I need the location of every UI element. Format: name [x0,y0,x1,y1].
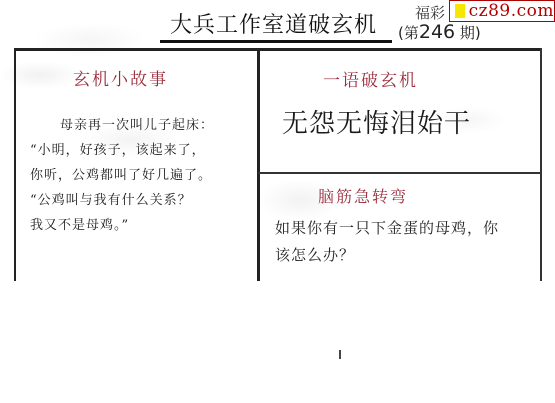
story-section-title: 玄机小故事 [73,65,168,90]
story-line: 我又不是母鸡。” [30,213,255,238]
frame-right-border [540,48,542,281]
frame-column-divider [257,48,260,281]
lottery-name: 福彩 [415,2,445,23]
story-line: “公鸡叫与我有什么关系？ [30,188,255,213]
stray-mark [339,350,341,359]
frame-top-border [15,48,542,51]
yellow-square-icon [455,4,465,18]
site-watermark-text: cz89.com [469,1,554,21]
story-line: “小明，好孩子，该起来了， [30,138,255,163]
question-line: 该怎么办？ [275,242,537,269]
brain-teaser-question: 如果你有一只下金蛋的母鸡，你 该怎么办？ [275,215,537,269]
brain-teaser-title: 脑筋急转弯 [318,184,408,207]
issue-label: (第246 期) [398,21,481,43]
frame-row-divider [258,172,542,174]
story-text: 母亲再一次叫儿子起床： “小明，好孩子，该起来了， 你听，公鸡都叫了好几遍了。 … [30,113,255,238]
frame-left-border [14,48,16,281]
issue-number: 246 [419,21,455,43]
question-line: 如果你有一只下金蛋的母鸡，你 [275,215,537,242]
riddle-answer: 无怨无悔泪始干 [282,103,471,140]
title-underline [160,40,392,43]
page-title: 大兵工作室道破玄机 [170,8,377,39]
issue-suffix: 期) [460,24,481,42]
issue-prefix: (第 [398,24,419,42]
story-line: 你听，公鸡都叫了好几遍了。 [30,163,255,188]
story-line: 母亲再一次叫儿子起床： [30,113,255,138]
riddle-section-title: 一语破玄机 [323,66,418,91]
site-watermark-badge[interactable]: cz89.com [449,0,555,22]
